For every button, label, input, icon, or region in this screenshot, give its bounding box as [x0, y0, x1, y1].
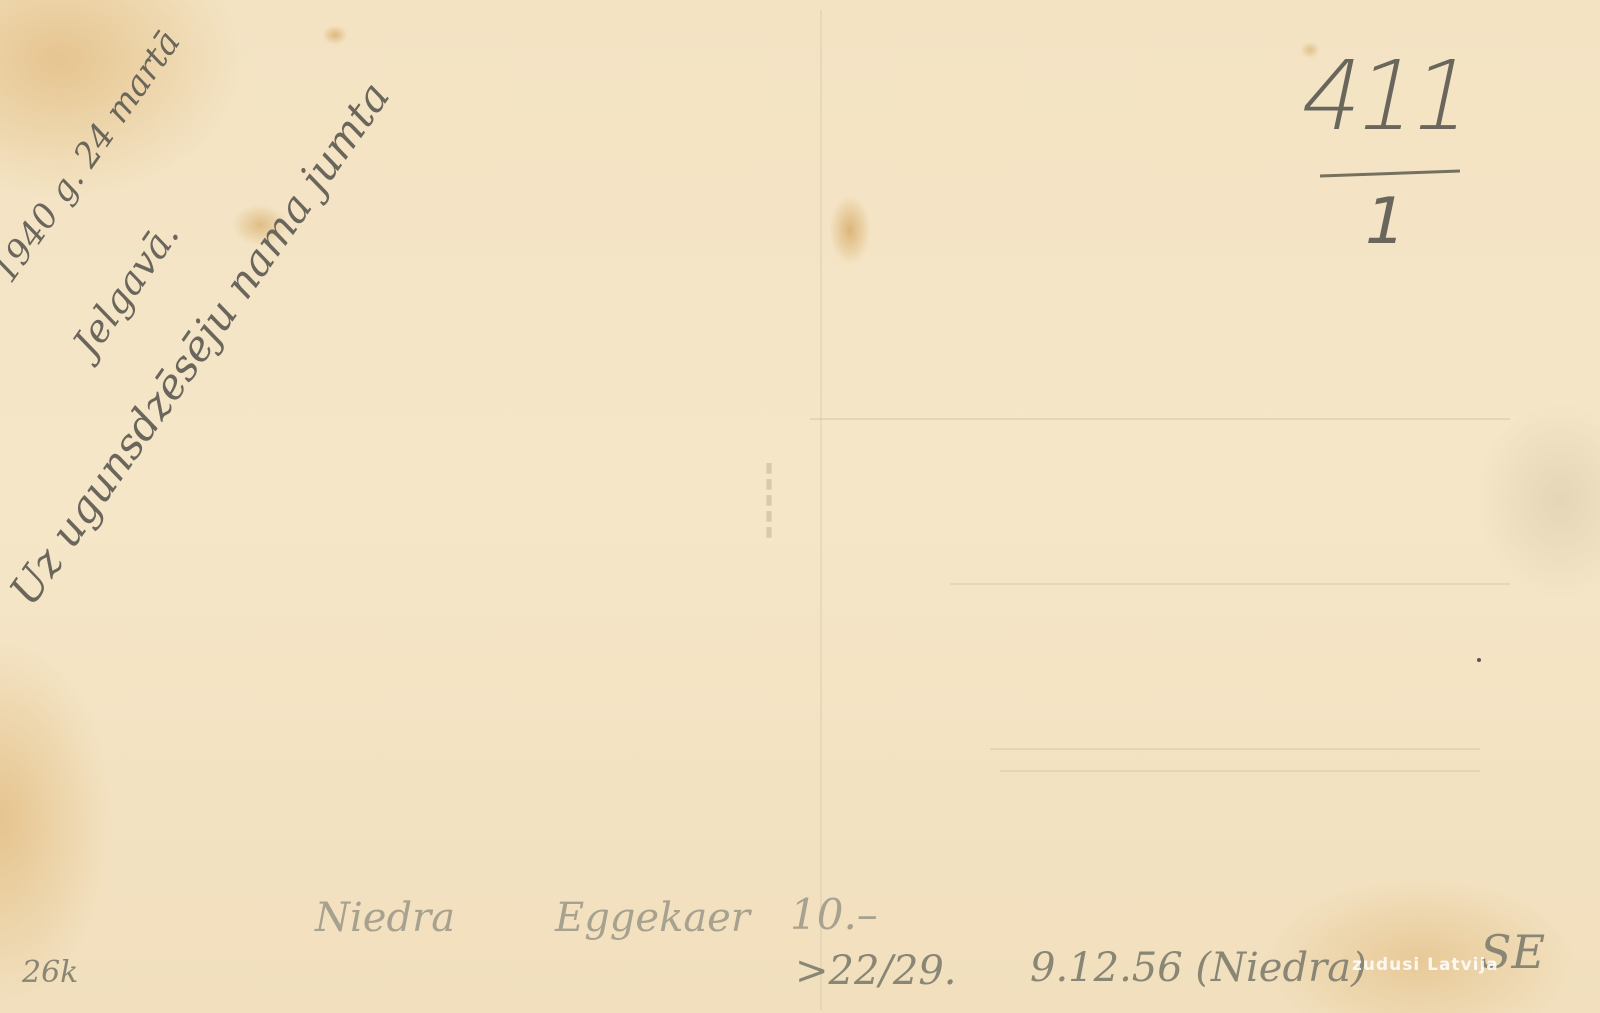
bottom-date-note: 9.12.56 (Niedra) [1030, 945, 1367, 991]
faint-printed-text: ▮▮▮▮▮ [737, 460, 777, 580]
address-line-4 [1000, 770, 1480, 772]
postcard-back: ▮▮▮▮▮ 1940 g. 24 martā Jelgavā. Uz uguns… [0, 0, 1600, 1013]
catalog-fraction-bar [1320, 170, 1460, 178]
bottom-name: Niedra [315, 895, 455, 941]
address-line-3 [990, 748, 1480, 750]
ink-speck [1477, 658, 1481, 662]
bottom-word: Eggekaer [555, 895, 750, 941]
watermark: zudusi Latvija [1352, 955, 1499, 975]
handwritten-caption: Uz ugunsdzēsēju nama jumta [0, 73, 399, 614]
address-line-2 [950, 583, 1510, 585]
address-line-1 [810, 418, 1510, 420]
catalog-number-sub: 1 [1292, 185, 1478, 259]
catalog-number: 411 1 [1300, 40, 1470, 260]
bottom-price: 10.– [790, 890, 878, 939]
bottom-left-mark: 26k [22, 955, 78, 990]
catalog-number-main: 411 [1288, 40, 1482, 152]
bottom-reference: >22/29. [795, 948, 957, 994]
handwritten-place: Jelgavā. [64, 213, 188, 364]
center-divider [820, 10, 822, 1010]
